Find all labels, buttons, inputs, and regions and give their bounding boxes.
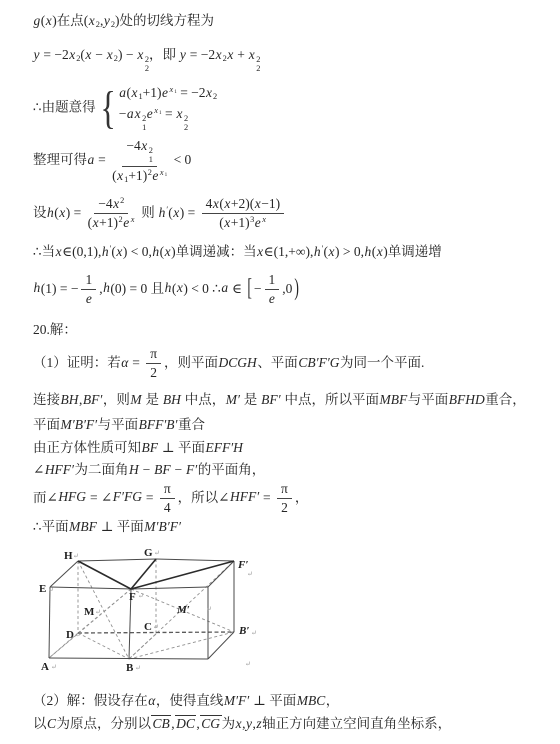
line-coordinate-system: 以C为原点，分别以CB,DC,CG为x,y,z轴正方向建立空间直角坐标系， <box>33 715 544 733</box>
vertex-label-B: B <box>126 662 134 674</box>
vertex-label-G: G <box>144 547 153 559</box>
vertex-label-B-prime: B′ <box>238 625 249 637</box>
return-mark: ↵ <box>73 552 79 560</box>
return-mark: ↵ <box>154 549 160 557</box>
return-mark: ↵ <box>153 623 159 631</box>
line-connect-midpoints: 连接BH,BF′，则M 是 BH 中点，M′ 是 BF′ 中点，所以平面MBF与… <box>33 391 544 409</box>
return-mark: ↵ <box>95 608 101 616</box>
line-a-expression: 整理可得a = −4x21(x1+1)2ex1 < 0 <box>33 138 544 184</box>
figure-cuboid: H ↵ G ↵ F′ ↵ E ↵ F ↵ M ↵ M′ ↵ C ↵ D ↵ B′… <box>39 544 544 685</box>
return-mark: ↵ <box>75 631 81 639</box>
line-problem-20: 20.解： <box>33 321 544 339</box>
line-tangent-intro: g(x)在点(x2,y2)处的切线方程为 <box>33 12 544 30</box>
line-dihedral-angle: ∠HFF′为二面角H − BF − F′的平面角， <box>33 461 544 479</box>
line-part2-assumption: （2）解：假设存在α，使得直线M′F′ ⊥ 平面MBC， <box>33 692 544 710</box>
vertex-label-C: C <box>144 621 152 633</box>
document-page: g(x)在点(x2,y2)处的切线方程为 y = −2x2(x − x2) − … <box>0 0 560 744</box>
vertex-label-A: A <box>41 661 49 673</box>
return-mark: ↵ <box>135 664 141 672</box>
return-mark: ↵ <box>51 663 57 671</box>
line-part1-proof: （1）证明：若α = π2，则平面DCGH、平面CB′F′G为同一个平面. <box>33 346 544 381</box>
return-mark: ↵ <box>247 570 253 578</box>
return-mark: ↵ <box>138 592 144 600</box>
line-planes-coincide: 平面M′B′F′与平面BFF′B′重合 <box>33 416 544 434</box>
vertex-label-D: D <box>66 629 74 641</box>
line-equation-system: ∴由题意得{a(x1+1)ex1 = −2x2−ax21ex1 = x22 <box>33 84 544 133</box>
vertex-label-H: H <box>64 550 73 562</box>
return-mark: ↵ <box>251 629 257 637</box>
point-label-M: M <box>84 606 95 618</box>
line-angle-values: 而∠HFG = ∠F′FG = π4，所以∠HFF′ = π2， <box>33 481 544 516</box>
return-mark: ↵ <box>245 660 251 668</box>
line-a-range-conclusion: h(1) = −1e,h(0) = 0 且h(x) < 0 ∴a ∈ [−1e,… <box>33 272 544 307</box>
line-cube-property: 由正方体性质可知BF ⊥ 平面EFF′H <box>33 439 544 457</box>
cuboid-diagram: H ↵ G ↵ F′ ↵ E ↵ F ↵ M ↵ M′ ↵ C ↵ D ↵ B′… <box>39 544 271 680</box>
line-monotonicity: ∴当x∈(0,1),h′(x) < 0,h(x)单调递减：当x∈(1,+∞),h… <box>33 243 544 261</box>
line-perpendicular-planes: ∴平面MBF ⊥ 平面M′B′F′ <box>33 518 544 536</box>
return-mark: ↵ <box>48 586 54 594</box>
line-tangent-equation: y = −2x2(x − x2) − x22，即 y = −2x2x + x22 <box>33 46 544 73</box>
vertex-label-E: E <box>39 583 46 595</box>
return-mark: ↵ <box>206 605 212 613</box>
point-label-M-prime: M′ <box>176 604 190 616</box>
vertex-label-F: F <box>129 591 136 603</box>
line-h-definition: 设h(x) = −4x2(x+1)2ex 则 h′(x) = 4x(x+2)(x… <box>33 196 544 231</box>
